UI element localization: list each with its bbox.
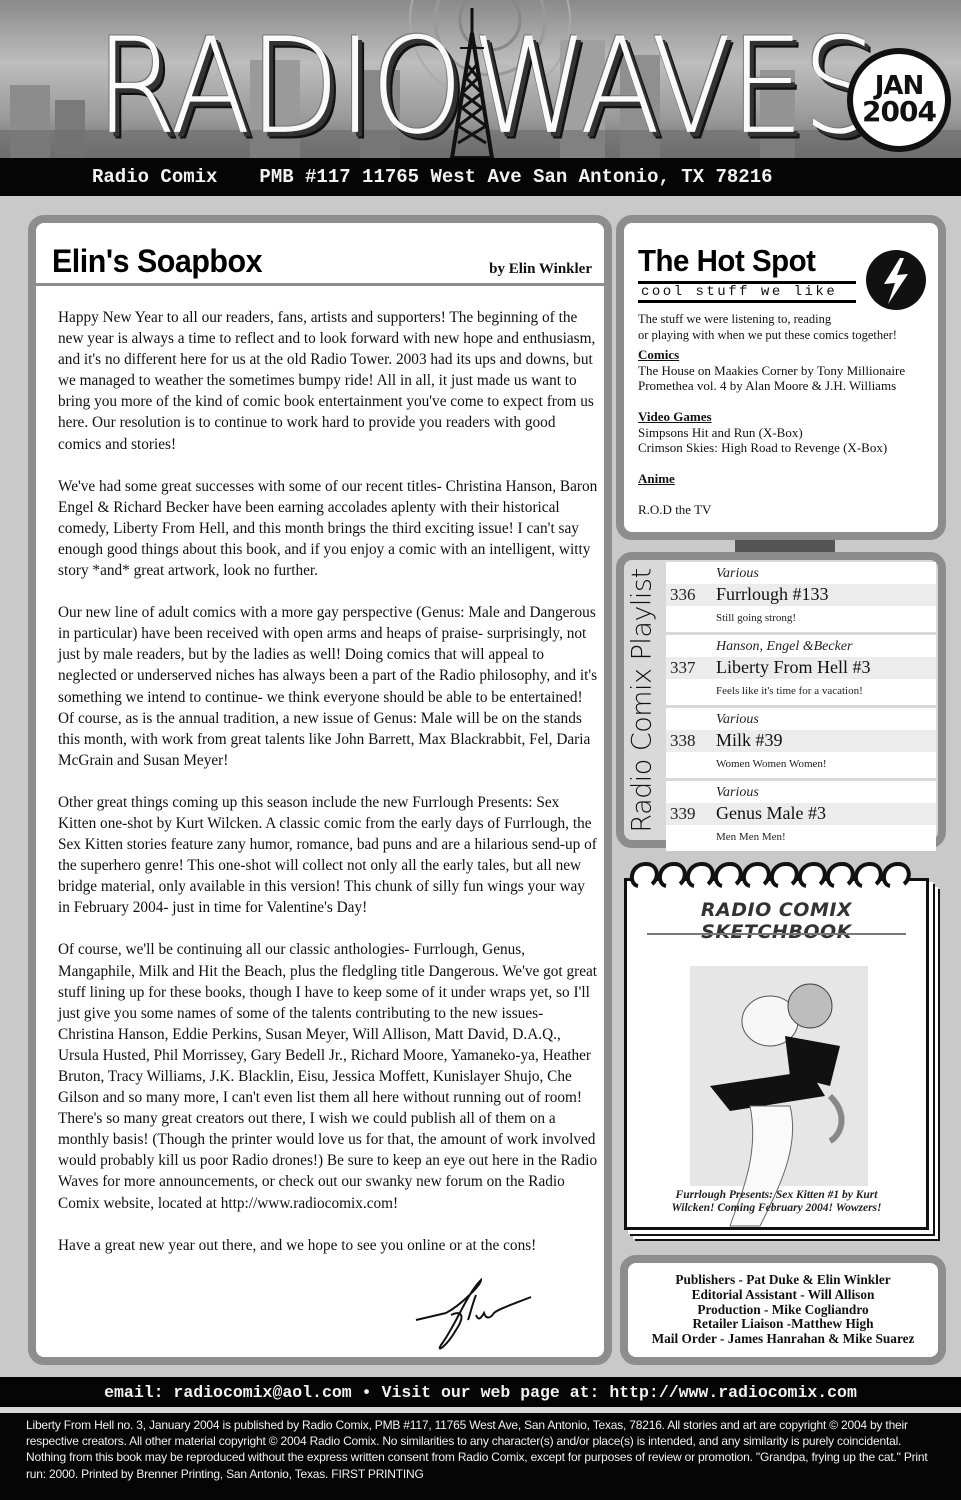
hotspot-subtitle: cool stuff we like	[638, 281, 856, 303]
paragraph: Other great things coming up this season…	[58, 792, 598, 919]
email-link[interactable]: email: radiocomix@aol.com	[104, 1383, 352, 1402]
soapbox-byline: by Elin Winkler	[489, 261, 592, 278]
hotspot-section-video-games: Video Games Simpsons Hit and Run (X-Box)…	[638, 409, 948, 456]
playlist-item: Various 338 Milk #39 Women Women Women!	[666, 708, 936, 778]
publisher-name: Radio Comix	[92, 166, 217, 188]
date-year: 2004	[862, 99, 936, 126]
credit-line: Publishers - Pat Duke & Elin Winkler	[628, 1273, 938, 1288]
sketchbook-divider	[647, 933, 906, 935]
item-number: 338	[670, 731, 696, 751]
item-number: 339	[670, 804, 696, 824]
item-tagline: Men Men Men!	[716, 831, 786, 843]
list-item: Simpsons Hit and Run (X-Box)	[638, 425, 948, 441]
website-link[interactable]: Visit our web page at: http://www.radioc…	[382, 1383, 857, 1402]
radio-tower-icon	[422, 8, 522, 158]
list-item: Promethea vol. 4 by Alan Moore & J.H. Wi…	[638, 378, 948, 394]
item-number: 337	[670, 658, 696, 678]
playlist-label: Radio Comix Playlist	[624, 560, 660, 840]
item-creator: Various	[716, 785, 759, 801]
hotspot-panel: The Hot Spot cool stuff we like The stuf…	[616, 215, 946, 540]
item-title: Milk #39	[716, 730, 783, 751]
section-heading: Anime	[638, 471, 948, 487]
masthead: RADIO WAVES JAN 2004	[0, 0, 961, 158]
credits-list: Publishers - Pat Duke & Elin Winkler Edi…	[628, 1273, 938, 1347]
item-creator: Various	[716, 566, 759, 582]
hotspot-section-comics: Comics The House on Maakies Corner by To…	[638, 347, 948, 394]
playlist-panel: Radio Comix Playlist Various 336 Furrlou…	[616, 552, 946, 848]
soapbox-title: Elin's Soapbox	[52, 243, 262, 280]
lightning-bolt-icon	[866, 250, 926, 310]
paragraph: We've had some great successes with some…	[58, 476, 598, 581]
item-number: 336	[670, 585, 696, 605]
item-creator: Various	[716, 712, 759, 728]
paragraph: Our new line of adult comics with a more…	[58, 602, 598, 771]
item-title: Liberty From Hell #3	[716, 657, 870, 678]
playlist-item: Hanson, Engel &Becker 337 Liberty From H…	[666, 635, 936, 705]
publisher-address: PMB #117 11765 West Ave San Antonio, TX …	[259, 166, 772, 188]
credit-line: Editorial Assistant - Will Allison	[628, 1288, 938, 1303]
item-tagline: Feels like it's time for a vacation!	[716, 685, 863, 697]
sketchbook-title: RADIO COMIX SKETCHBOOK	[627, 899, 926, 943]
address-bar: Radio Comix PMB #117 11765 West Ave San …	[0, 158, 961, 196]
section-heading: Video Games	[638, 409, 948, 425]
item-tagline: Still going strong!	[716, 612, 796, 624]
credit-line: Retailer Liaison -Matthew High	[628, 1317, 938, 1332]
legal-notice: Liberty From Hell no. 3, January 2004 is…	[0, 1413, 961, 1500]
list-item: The House on Maakies Corner by Tony Mill…	[638, 363, 948, 379]
signature-elin	[406, 1275, 546, 1355]
contact-bar: email: radiocomix@aol.com • Visit our we…	[0, 1377, 961, 1407]
sketchbook-panel: RADIO COMIX SKETCHBOOK Furrlough Present…	[624, 878, 929, 1230]
playlist-item: Various 336 Furrlough #133 Still going s…	[666, 562, 936, 632]
paragraph: Of course, we'll be continuing all our c…	[58, 939, 598, 1213]
title-divider	[36, 283, 604, 286]
hotspot-title: The Hot Spot	[638, 245, 816, 276]
panel-connector	[735, 540, 835, 552]
credits-panel: Publishers - Pat Duke & Elin Winkler Edi…	[620, 1255, 946, 1365]
hotspot-section-anime: Anime R.O.D the TV	[638, 471, 948, 517]
playlist-item: Various 339 Genus Male #3 Men Men Men!	[666, 781, 936, 851]
title-radio: RADIO	[95, 20, 461, 152]
soapbox-body: Happy New Year to all our readers, fans,…	[58, 307, 598, 1277]
paragraph: Have a great new year out there, and we …	[58, 1235, 598, 1256]
item-tagline: Women Women Women!	[716, 758, 827, 770]
list-item: Crimson Skies: High Road to Revenge (X-B…	[638, 440, 948, 456]
item-title: Genus Male #3	[716, 803, 826, 824]
sketchbook-caption: Furrlough Presents: Sex Kitten #1 by Kur…	[627, 1189, 926, 1215]
bullet-separator: •	[362, 1383, 372, 1402]
spiral-binding-icon	[624, 856, 929, 896]
paragraph: Happy New Year to all our readers, fans,…	[58, 307, 598, 455]
list-item: R.O.D the TV	[638, 502, 948, 518]
item-title: Furrlough #133	[716, 584, 829, 605]
item-creator: Hanson, Engel &Becker	[716, 639, 852, 655]
date-badge: JAN 2004	[847, 48, 951, 152]
section-heading: Comics	[638, 347, 948, 363]
playlist-list: Various 336 Furrlough #133 Still going s…	[666, 562, 936, 854]
credit-line: Production - Mike Cogliandro	[628, 1303, 938, 1318]
credit-line: Mail Order - James Hanrahan & Mike Suare…	[628, 1332, 938, 1347]
soapbox-panel: Elin's Soapbox by Elin Winkler Happy New…	[28, 215, 612, 1365]
title-waves: WAVES	[471, 20, 875, 152]
hotspot-intro: The stuff we were listening to, reading …	[638, 311, 938, 343]
